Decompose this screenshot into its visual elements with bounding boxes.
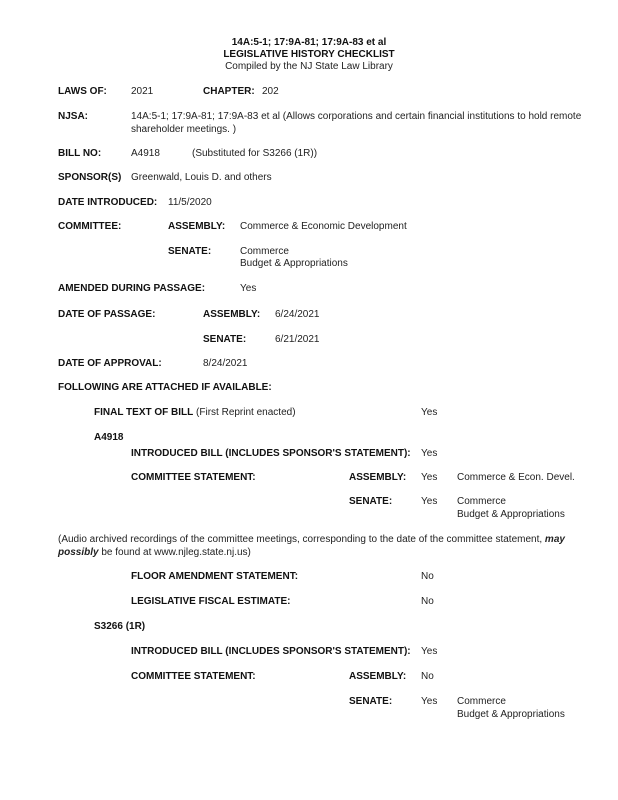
audio-note-line2: possibly be found at www.njleg.state.nj.… [58,547,251,559]
document-subtitle: Compiled by the NJ State Law Library [0,61,618,73]
date-of-passage-label: DATE OF PASSAGE: [58,309,155,321]
sponsors-value: Greenwald, Louis D. and others [131,172,272,184]
a4918-senate-committee-2: Budget & Appropriations [457,509,565,521]
s3266-senate-committee-1: Commerce [457,696,506,708]
final-text-label-bold: FINAL TEXT OF BILL [94,407,193,418]
committee-assembly-label: ASSEMBLY: [168,221,225,233]
a4918-senate-label: SENATE: [349,496,392,508]
s3266-introduced-label: INTRODUCED BILL (INCLUDES SPONSOR'S STAT… [131,646,411,658]
njsa-value-line2: shareholder meetings. ) [131,124,236,136]
s3266-heading: S3266 (1R) [94,621,145,633]
s3266-introduced-value: Yes [421,646,437,658]
committee-assembly-value: Commerce & Economic Development [240,221,407,233]
citation-heading: 14A:5-1; 17:9A-81; 17:9A-83 et al [0,37,618,49]
passage-senate-value: 6/21/2021 [275,334,320,346]
a4918-assembly-value: Yes [421,472,437,484]
chapter-label: CHAPTER: [203,86,255,98]
audio-note-text: (Audio archived recordings of the commit… [58,534,545,545]
bill-no-value: A4918 [131,148,160,160]
fiscal-estimate-value: No [421,596,434,608]
final-text-label-note: (First Reprint enacted) [193,407,295,418]
date-introduced-label: DATE INTRODUCED: [58,197,157,209]
passage-senate-label: SENATE: [203,334,246,346]
audio-note-link-text: be found at www.njleg.state.nj.us) [99,547,251,558]
a4918-heading: A4918 [94,432,123,444]
floor-amendment-label: FLOOR AMENDMENT STATEMENT: [131,571,298,583]
s3266-committee-statement-label: COMMITTEE STATEMENT: [131,671,256,683]
a4918-introduced-value: Yes [421,448,437,460]
njsa-value-line1: 14A:5-1; 17:9A-81; 17:9A-83 et al (Allow… [131,111,581,123]
date-of-approval-value: 8/24/2021 [203,358,248,370]
committee-senate-value-2: Budget & Appropriations [240,258,348,270]
a4918-assembly-label: ASSEMBLY: [349,472,406,484]
njsa-label: NJSA: [58,111,88,123]
s3266-assembly-value: No [421,671,434,683]
bill-no-label: BILL NO: [58,148,101,160]
audio-note-emphasis-possibly: possibly [58,547,99,558]
a4918-assembly-committee: Commerce & Econ. Devel. [457,472,575,484]
committee-label: COMMITTEE: [58,221,121,233]
a4918-committee-statement-label: COMMITTEE STATEMENT: [131,472,256,484]
final-text-value: Yes [421,407,437,419]
a4918-senate-committee-1: Commerce [457,496,506,508]
fiscal-estimate-label: LEGISLATIVE FISCAL ESTIMATE: [131,596,290,608]
date-introduced-value: 11/5/2020 [168,197,212,209]
s3266-senate-value: Yes [421,696,437,708]
date-of-approval-label: DATE OF APPROVAL: [58,358,162,370]
amended-value: Yes [240,283,256,295]
bill-substitution-note: (Substituted for S3266 (1R)) [192,148,317,160]
committee-senate-value-1: Commerce [240,246,289,258]
laws-of-label: LAWS OF: [58,86,107,98]
chapter-value: 202 [262,86,279,98]
a4918-introduced-label: INTRODUCED BILL (INCLUDES SPONSOR'S STAT… [131,448,411,460]
laws-of-value: 2021 [131,86,153,98]
s3266-senate-label: SENATE: [349,696,392,708]
a4918-senate-value: Yes [421,496,437,508]
floor-amendment-value: No [421,571,434,583]
attached-heading: FOLLOWING ARE ATTACHED IF AVAILABLE: [58,382,272,394]
audio-note-emphasis-may: may [545,534,565,545]
committee-senate-label: SENATE: [168,246,211,258]
passage-assembly-value: 6/24/2021 [275,309,320,321]
amended-label: AMENDED DURING PASSAGE: [58,283,205,295]
audio-note-line1: (Audio archived recordings of the commit… [58,534,565,546]
passage-assembly-label: ASSEMBLY: [203,309,260,321]
s3266-senate-committee-2: Budget & Appropriations [457,709,565,721]
document-title: LEGISLATIVE HISTORY CHECKLIST [0,49,618,61]
s3266-assembly-label: ASSEMBLY: [349,671,406,683]
final-text-label: FINAL TEXT OF BILL (First Reprint enacte… [94,407,296,419]
sponsors-label: SPONSOR(S) [58,172,121,184]
